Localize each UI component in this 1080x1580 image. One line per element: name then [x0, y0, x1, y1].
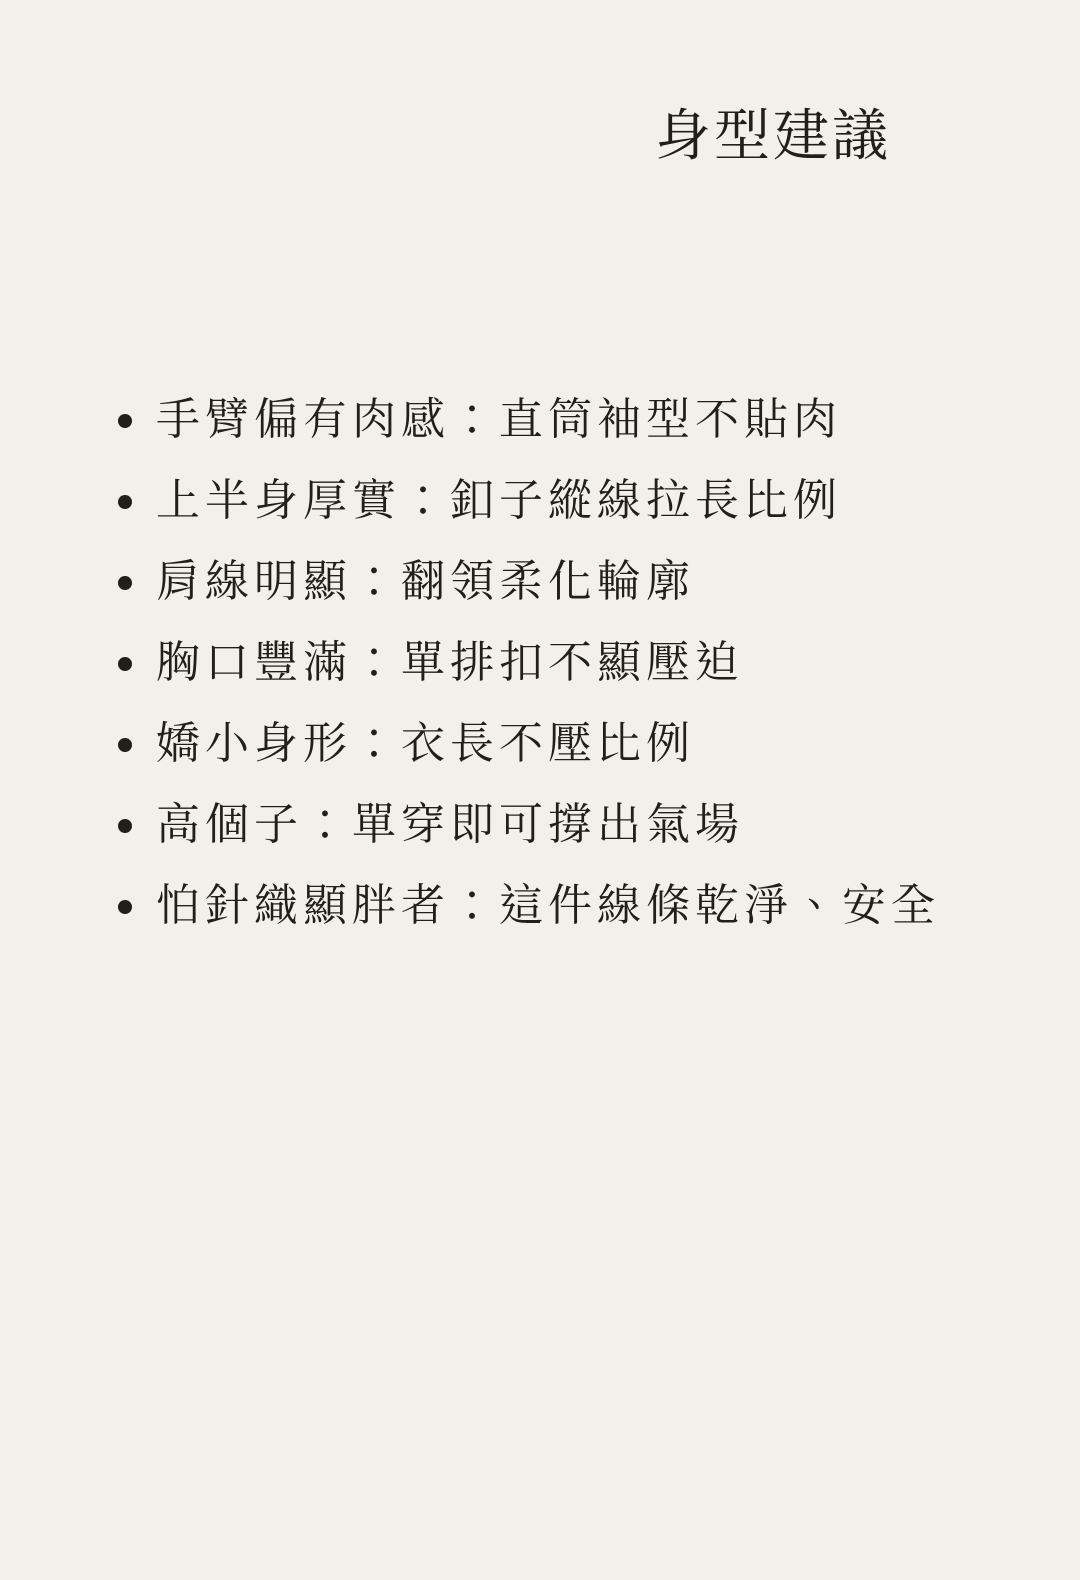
page-title: 身型建議: [655, 100, 891, 173]
list-item-text: 高個子：單穿即可撐出氣場: [156, 797, 744, 852]
bullet-icon: [118, 738, 132, 752]
list-item-text: 肩線明顯：翻領柔化輪廓: [156, 554, 695, 609]
bullet-icon: [118, 657, 132, 671]
list-item-text: 胸口豐滿：單排扣不顯壓迫: [156, 635, 744, 690]
list-item: 嬌小身形：衣長不壓比例: [118, 716, 1020, 771]
list-item: 怕針織顯胖者：這件線條乾淨、安全: [118, 878, 1020, 933]
list-item-text: 嬌小身形：衣長不壓比例: [156, 716, 695, 771]
list-item: 手臂偏有肉感：直筒袖型不貼肉: [118, 392, 1020, 447]
list-item: 胸口豐滿：單排扣不顯壓迫: [118, 635, 1020, 690]
bullet-icon: [118, 495, 132, 509]
advice-list: 手臂偏有肉感：直筒袖型不貼肉 上半身厚實：釦子縱線拉長比例 肩線明顯：翻領柔化輪…: [118, 392, 1020, 959]
bullet-icon: [118, 900, 132, 914]
bullet-icon: [118, 576, 132, 590]
bullet-icon: [118, 819, 132, 833]
list-item: 肩線明顯：翻領柔化輪廓: [118, 554, 1020, 609]
list-item: 高個子：單穿即可撐出氣場: [118, 797, 1020, 852]
page: 身型建議 手臂偏有肉感：直筒袖型不貼肉 上半身厚實：釦子縱線拉長比例 肩線明顯：…: [0, 0, 1080, 1580]
list-item-text: 上半身厚實：釦子縱線拉長比例: [156, 473, 842, 528]
list-item-text: 怕針織顯胖者：這件線條乾淨、安全: [156, 878, 940, 933]
bullet-icon: [118, 414, 132, 428]
list-item-text: 手臂偏有肉感：直筒袖型不貼肉: [156, 392, 842, 447]
list-item: 上半身厚實：釦子縱線拉長比例: [118, 473, 1020, 528]
